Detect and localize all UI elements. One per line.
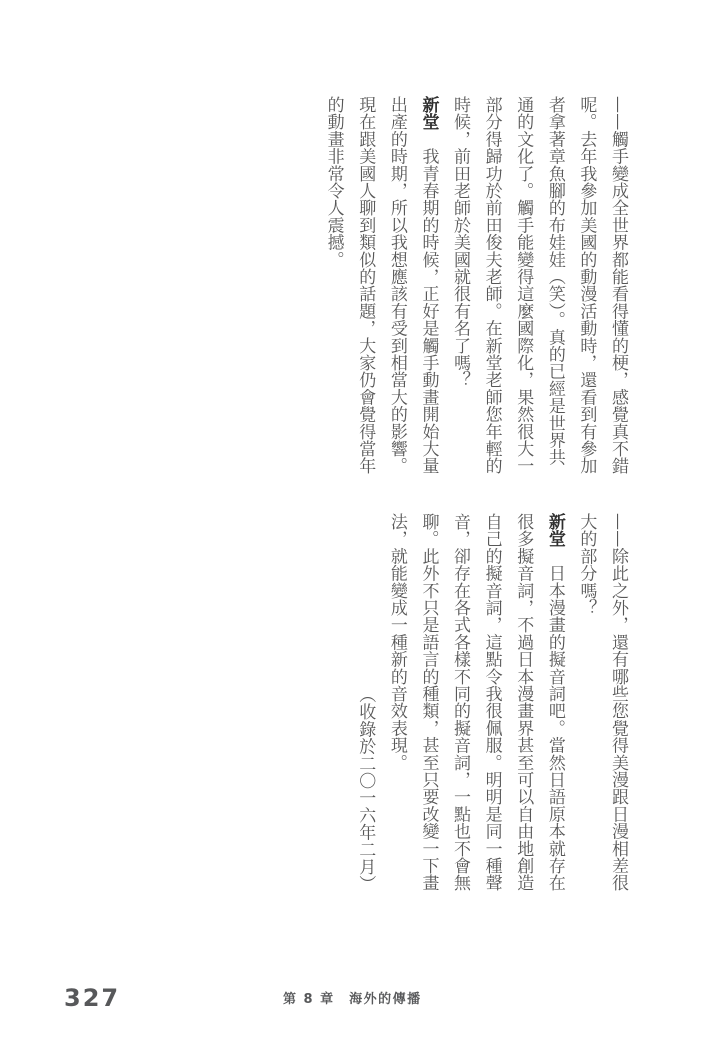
book-page: ——觸手變成全世界都能看得懂的梗，感覺真不錯呢。去年我參加美國的動漫活動時，還看… (0, 0, 709, 1050)
text-column: 法，就能變成一種新的音效表現。 (380, 513, 412, 892)
chapter-footer-label: 第 8 章 海外的傳播 (283, 992, 422, 1008)
text-column: ——觸手變成全世界都能看得懂的梗，感覺真不錯 (601, 96, 633, 475)
text-column: 通的文化了。觸手能變得這麼國際化，果然很大一 (507, 96, 539, 475)
interview-paragraph-block-1: ——觸手變成全世界都能看得懂的梗，感覺真不錯呢。去年我參加美國的動漫活動時，還看… (317, 96, 633, 475)
text-column: 時候，前田老師於美國就很有名了嗎？ (443, 96, 475, 475)
text-column: 很多擬音詞，不過日本漫畫界甚至可以自由地創造 (507, 513, 539, 892)
text-column: 聊。此外不只是語言的種類，甚至只要改變一下畫 (412, 513, 444, 892)
speaker-name: 新堂 (545, 513, 565, 547)
text-column: 音，卻存在各式各樣不同的擬音詞，一點也不會無 (443, 513, 475, 892)
text-column: 的動畫非常令人震撼。 (317, 96, 349, 475)
text-column: （收錄於二〇一六年二月） (349, 513, 381, 892)
text-column: 新堂 我青春期的時候，正好是觸手動畫開始大量 (412, 96, 444, 475)
text-column: 呢。去年我參加美國的動漫活動時，還看到有參加 (570, 96, 602, 475)
text-column: ——除此之外，還有哪些您覺得美漫跟日漫相差很 (601, 513, 633, 892)
text-column: 現在跟美國人聊到類似的話題，大家仍會覺得當年 (349, 96, 381, 475)
text-column: 大的部分嗎？ (570, 513, 602, 892)
text-column: 自己的擬音詞，這點令我很佩服。明明是同一種聲 (475, 513, 507, 892)
speaker-name: 新堂 (418, 96, 438, 130)
page-number: 327 (64, 986, 120, 1010)
text-column: 新堂 日本漫畫的擬音詞吧。當然日語原本就存在 (538, 513, 570, 892)
text-column: 部分得歸功於前田俊夫老師。在新堂老師您年輕的 (475, 96, 507, 475)
text-column: 出產的時期，所以我想應該有受到相當大的影響。 (380, 96, 412, 475)
interview-paragraph-block-2: ——除此之外，還有哪些您覺得美漫跟日漫相差很大的部分嗎？新堂 日本漫畫的擬音詞吧… (348, 513, 633, 892)
text-column: 者拿著章魚腳的布娃娃（笑）。真的已經是世界共 (538, 96, 570, 475)
